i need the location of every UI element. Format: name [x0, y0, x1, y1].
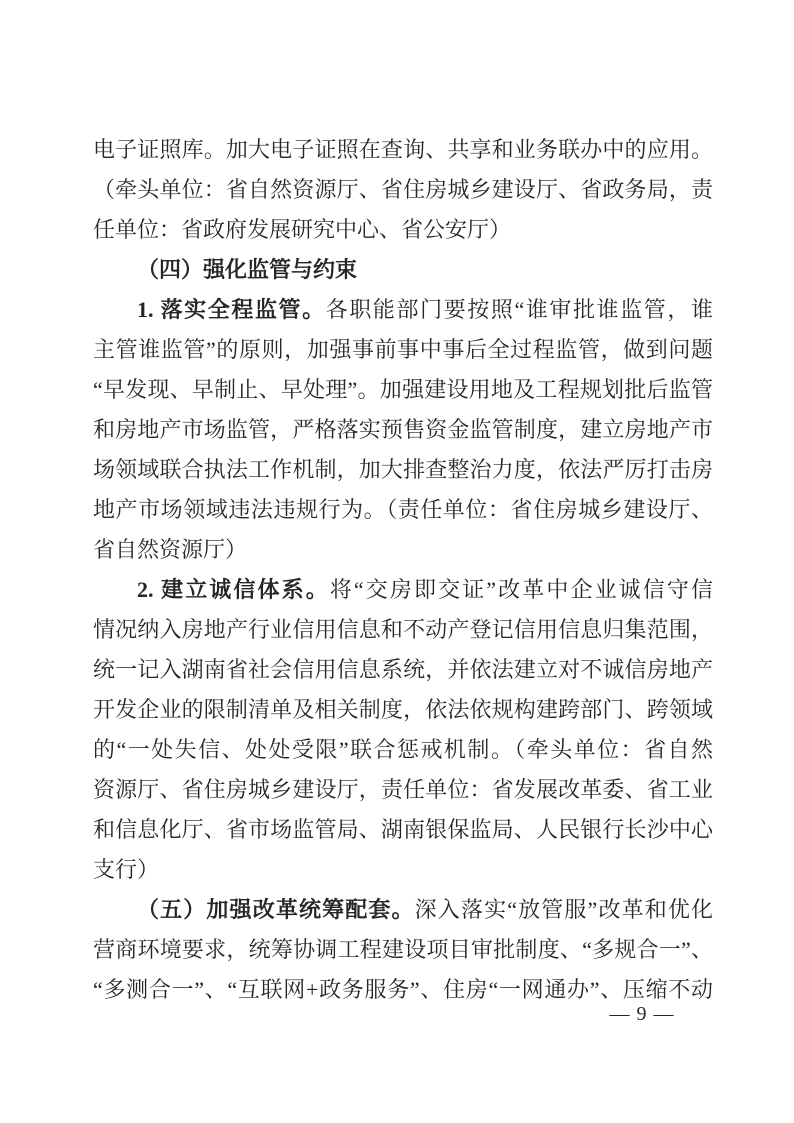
line-text: “多测合一”、“互联网+政务服务”、住房“一网通办”、压缩不动 [93, 977, 713, 1002]
text-line: 2. 建立诚信体系。将“交房即交证”改革中企业诚信守信 [93, 570, 713, 610]
line-text: 资源厅、省住房城乡建设厅，责任单位：省发展改革委、省工业 [93, 777, 713, 802]
line-lead-text: （五）加强改革统筹配套。 [137, 897, 415, 922]
line-text: 和信息化厅、省市场监管局、湖南银保监局、人民银行长沙中心 [93, 817, 713, 842]
line-text: “早发现、早制止、早处理”。加强建设用地及工程规划批后监管 [93, 377, 713, 402]
line-text: 的“一处失信、处处受限”联合惩戒机制。（牵头单位：省自然 [93, 737, 713, 762]
text-line: 和房地产市场监管，严格落实预售资金监管制度，建立房地产市 [93, 410, 713, 450]
line-text: 地产市场领域违法违规行为。（责任单位：省住房城乡建设厅、 [93, 497, 713, 522]
document-page: 电子证照库。加大电子证照在查询、共享和业务联办中的应用。（牵头单位：省自然资源厅… [0, 0, 794, 1123]
line-text: 支行） [93, 857, 159, 882]
text-line: 任单位：省政府发展研究中心、省公安厅） [93, 210, 713, 250]
text-line: 主管谁监管”的原则，加强事前事中事后全过程监管，做到问题 [93, 330, 713, 370]
document-body: 电子证照库。加大电子证照在查询、共享和业务联办中的应用。（牵头单位：省自然资源厅… [93, 130, 713, 1010]
line-text: （牵头单位：省自然资源厅、省住房城乡建设厅、省政务局，责 [93, 177, 713, 202]
text-line: （四）强化监管与约束 [93, 250, 713, 290]
line-text: 和房地产市场监管，严格落实预售资金监管制度，建立房地产市 [93, 417, 713, 442]
line-text: 主管谁监管”的原则，加强事前事中事后全过程监管，做到问题 [93, 337, 713, 362]
line-text: 将“交房即交证”改革中企业诚信守信 [330, 577, 713, 602]
text-line: 地产市场领域违法违规行为。（责任单位：省住房城乡建设厅、 [93, 490, 713, 530]
line-text: 营商环境要求，统筹协调工程建设项目审批制度、“多规合一”、 [93, 937, 713, 962]
line-lead-text: 2. 建立诚信体系。 [137, 577, 330, 602]
text-line: （牵头单位：省自然资源厅、省住房城乡建设厅、省政务局，责 [93, 170, 713, 210]
text-line: “早发现、早制止、早处理”。加强建设用地及工程规划批后监管 [93, 370, 713, 410]
line-text: 各职能部门要按照“谁审批谁监管，谁 [326, 297, 713, 322]
text-line: 1. 落实全程监管。各职能部门要按照“谁审批谁监管，谁 [93, 290, 713, 330]
text-line: 和信息化厅、省市场监管局、湖南银保监局、人民银行长沙中心 [93, 810, 713, 850]
text-line: （五）加强改革统筹配套。深入落实“放管服”改革和优化 [93, 890, 713, 930]
text-line: 场领域联合执法工作机制，加大排查整治力度，依法严厉打击房 [93, 450, 713, 490]
line-text: 开发企业的限制清单及相关制度，依法依规构建跨部门、跨领域 [93, 697, 713, 722]
line-lead-text: 1. 落实全程监管。 [137, 297, 326, 322]
line-text: 电子证照库。加大电子证照在查询、共享和业务联办中的应用。 [93, 137, 713, 162]
text-line: 电子证照库。加大电子证照在查询、共享和业务联办中的应用。 [93, 130, 713, 170]
line-text: 情况纳入房地产行业信用信息和不动产登记信用信息归集范围， [93, 617, 713, 642]
text-line: 情况纳入房地产行业信用信息和不动产登记信用信息归集范围， [93, 610, 713, 650]
text-line: 开发企业的限制清单及相关制度，依法依规构建跨部门、跨领域 [93, 690, 713, 730]
text-line: 统一记入湖南省社会信用信息系统，并依法建立对不诚信房地产 [93, 650, 713, 690]
line-text: 省自然资源厅） [93, 537, 247, 562]
line-text: 任单位：省政府发展研究中心、省公安厅） [93, 217, 511, 242]
text-line: 营商环境要求，统筹协调工程建设项目审批制度、“多规合一”、 [93, 930, 713, 970]
line-text: 场领域联合执法工作机制，加大排查整治力度，依法严厉打击房 [93, 457, 713, 482]
page-number: — 9 — [582, 1002, 702, 1026]
line-text: 深入落实“放管服”改革和优化 [415, 897, 713, 922]
text-line: 的“一处失信、处处受限”联合惩戒机制。（牵头单位：省自然 [93, 730, 713, 770]
line-lead-text: （四）强化监管与约束 [137, 257, 357, 282]
line-text: 统一记入湖南省社会信用信息系统，并依法建立对不诚信房地产 [93, 657, 713, 682]
text-line: 资源厅、省住房城乡建设厅，责任单位：省发展改革委、省工业 [93, 770, 713, 810]
text-line: 省自然资源厅） [93, 530, 713, 570]
text-line: 支行） [93, 850, 713, 890]
